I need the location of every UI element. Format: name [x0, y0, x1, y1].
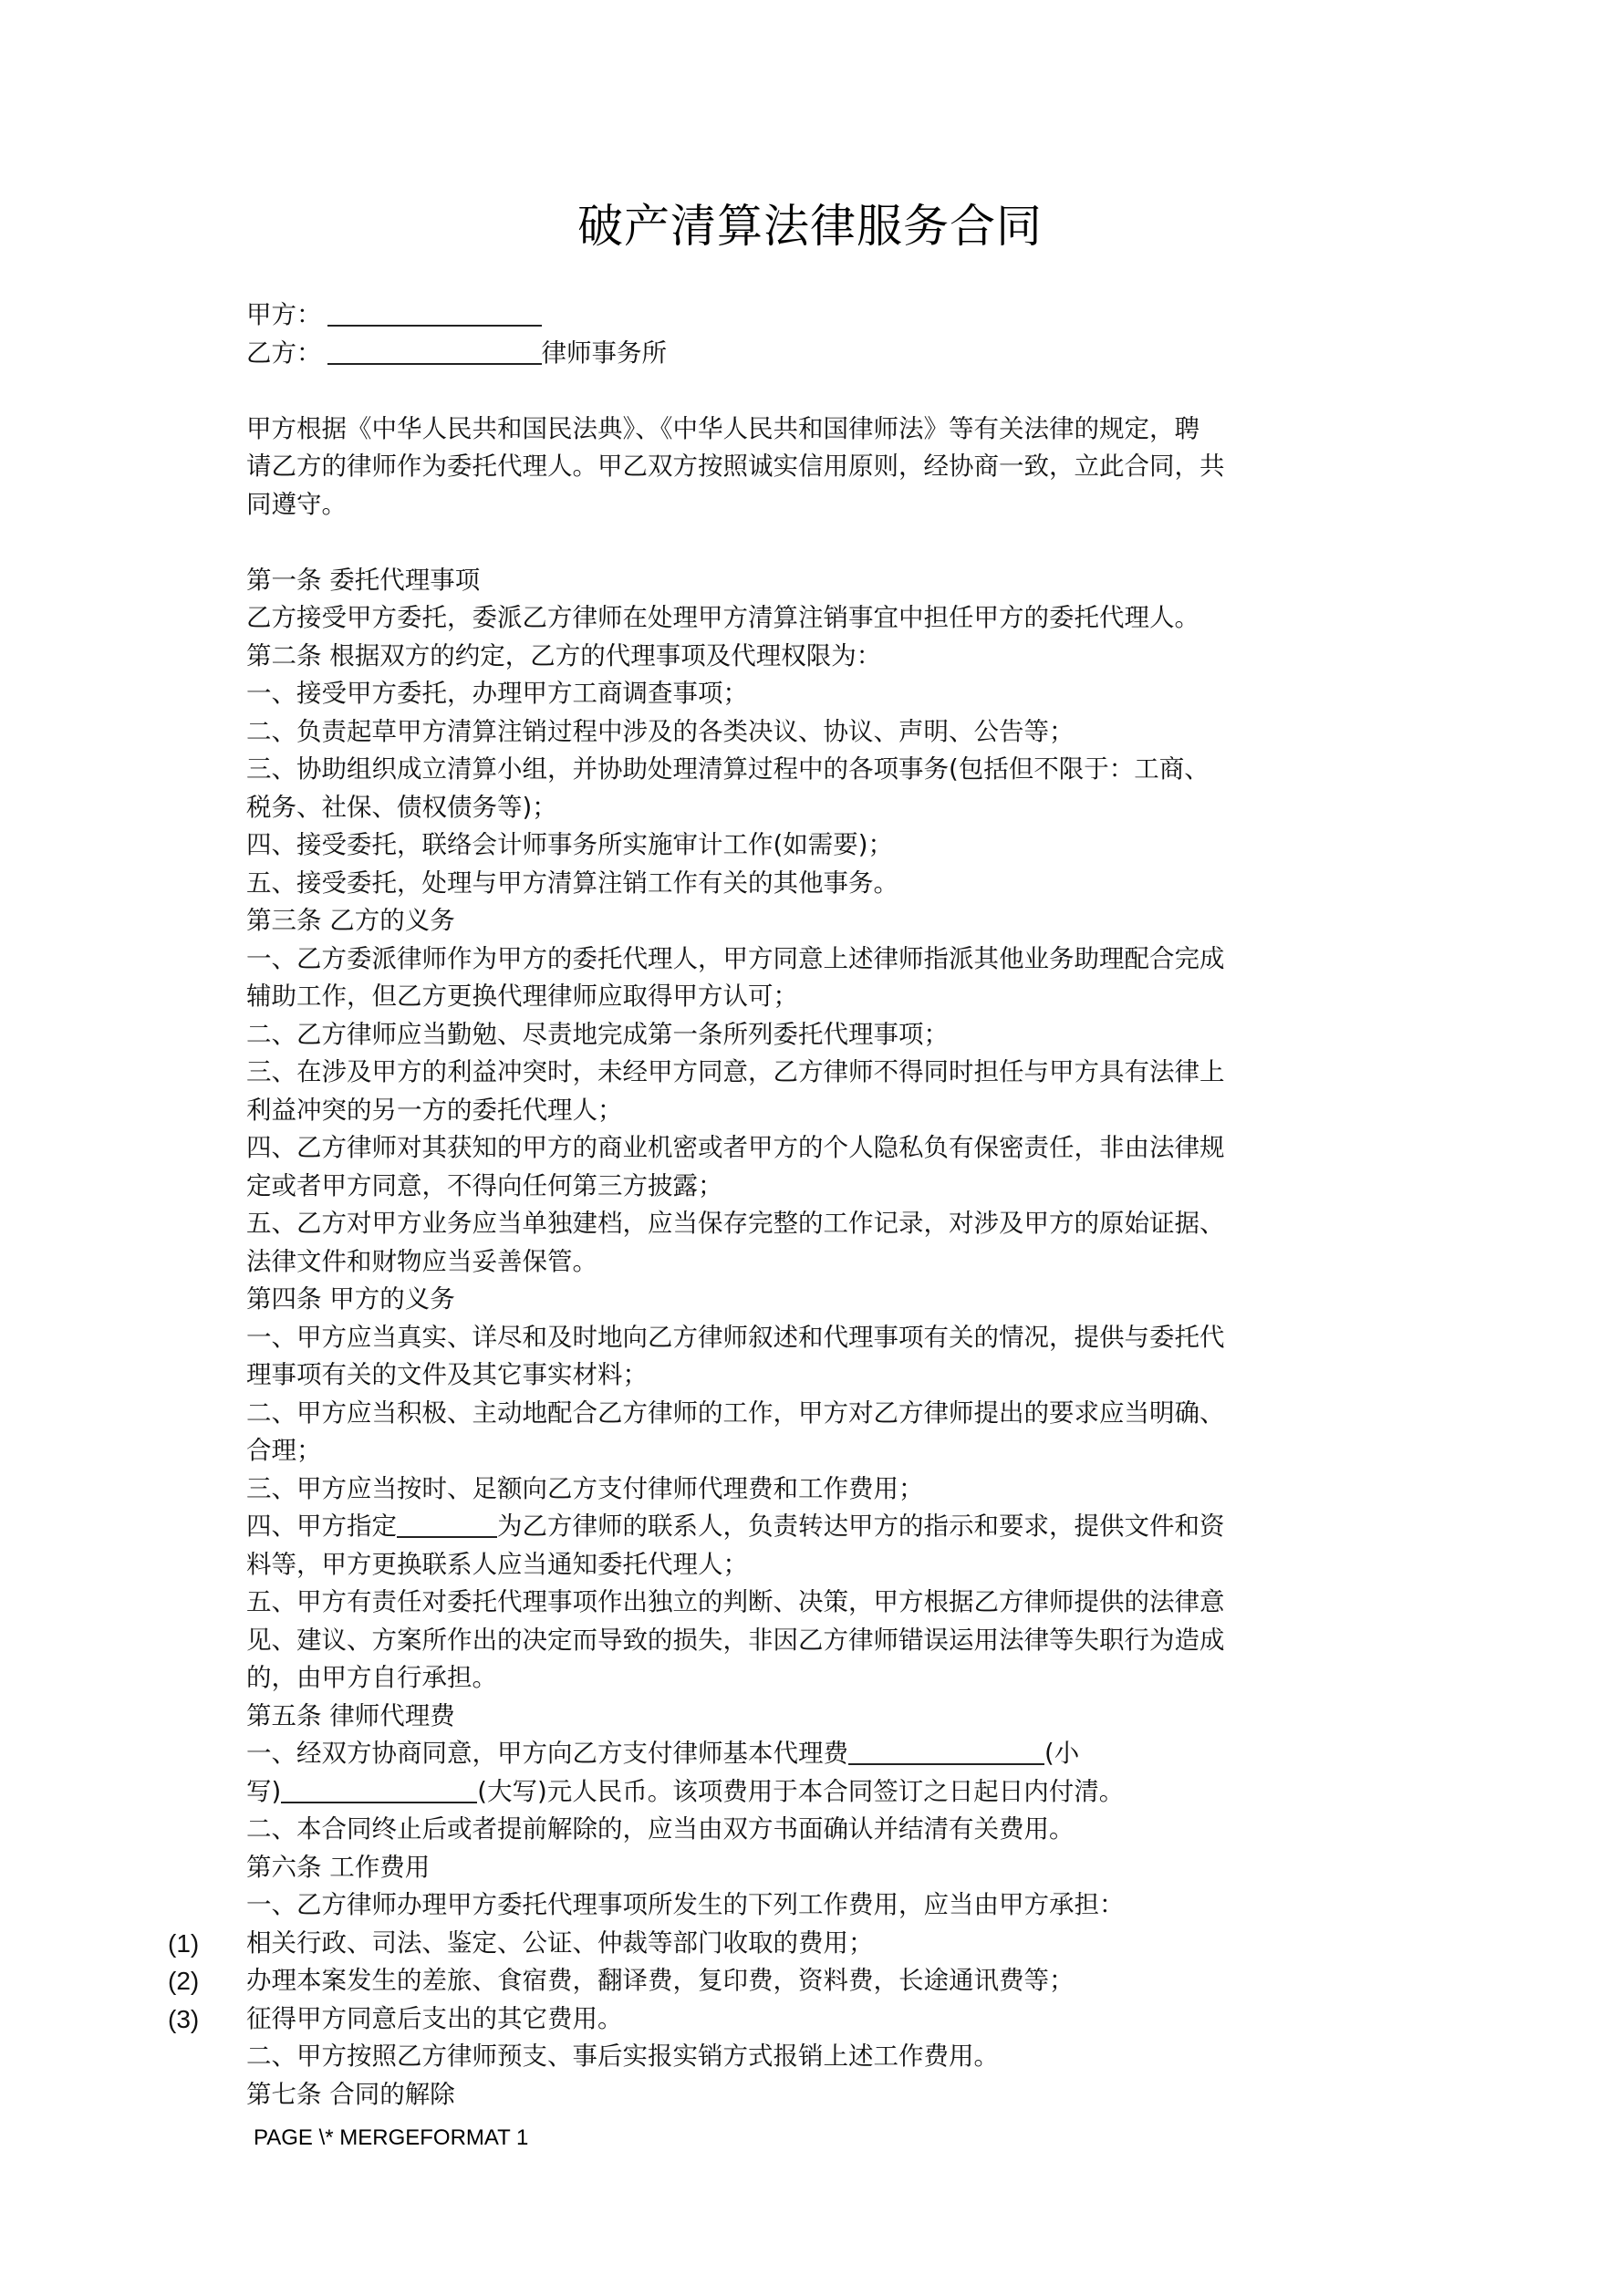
- clause-line: 第七条 合同的解除: [246, 2076, 1377, 2114]
- clause-line: 合理；: [246, 1432, 1377, 1470]
- party-b-line: 乙方：律师事务所: [246, 335, 1377, 373]
- clause-line: 四、乙方律师对其获知的甲方的商业机密或者甲方的个人隐私负有保密责任，非由法律规: [246, 1129, 1377, 1168]
- party-a-blank[interactable]: [327, 299, 542, 327]
- fee-suffix: (大写)元人民币。该项费用于本合同签订之日起日内付清。: [477, 1777, 1124, 1806]
- document-page: 破产清算法律服务合同 甲方： 乙方：律师事务所 甲方根据《中华人民共和国民法典》…: [0, 0, 1620, 2296]
- clause-line: 第一条 委托代理事项: [246, 562, 1377, 600]
- contact-person-blank[interactable]: [397, 1511, 497, 1538]
- page-footer-field: PAGE \* MERGEFORMAT 1: [254, 2125, 528, 2151]
- list-text: 征得甲方同意后支出的其它费用。: [246, 2004, 623, 2033]
- list-text: 办理本案发生的差旅、食宿费，翻译费，复印费，资料费，长途通讯费等；: [246, 1966, 1075, 1995]
- clause-line: 三、在涉及甲方的利益冲突时，未经甲方同意，乙方律师不得同时担任与甲方具有法律上: [246, 1054, 1377, 1092]
- clause-line: 一、乙方委派律师作为甲方的委托代理人，甲方同意上述律师指派其他业务助理配合完成: [246, 940, 1377, 979]
- clause-line: 五、乙方对甲方业务应当单独建档，应当保存完整的工作记录，对涉及甲方的原始证据、: [246, 1205, 1377, 1243]
- list-number: (3): [168, 2000, 199, 2039]
- clause-line: 二、负责起草甲方清算注销过程中涉及的各类决议、协议、声明、公告等；: [246, 713, 1377, 752]
- clause-line: 第二条 根据双方的约定，乙方的代理事项及代理权限为：: [246, 638, 1377, 676]
- party-a-line: 甲方：: [246, 296, 1377, 335]
- clause-line: 五、甲方有责任对委托代理事项作出独立的判断、决策，甲方根据乙方律师提供的法律意: [246, 1584, 1377, 1622]
- clause-line: 一、乙方律师办理甲方委托代理事项所发生的下列工作费用，应当由甲方承担：: [246, 1886, 1377, 1925]
- clause-line: 二、乙方律师应当勤勉、尽责地完成第一条所列委托代理事项；: [246, 1016, 1377, 1054]
- clause-line: 见、建议、方案所作出的决定而导致的损失，非因乙方律师错误运用法律等失职行为造成: [246, 1622, 1377, 1660]
- contact-suffix: 为乙方律师的联系人，负责转达甲方的指示和要求，提供文件和资: [497, 1512, 1225, 1541]
- fee-prefix: 一、经双方协商同意，甲方向乙方支付律师基本代理费: [246, 1739, 848, 1768]
- party-b-suffix: 律师事务所: [542, 338, 668, 368]
- clause-line: 税务、社保、债权债务等)；: [246, 789, 1377, 827]
- clause-line: 第五条 律师代理费: [246, 1698, 1377, 1736]
- clause-line: 辅助工作，但乙方更换代理律师应取得甲方认可；: [246, 978, 1377, 1016]
- clauses-section-d: 二、甲方按照乙方律师预支、事后实报实销方式报销上述工作费用。第七条 合同的解除: [246, 2038, 1377, 2114]
- expense-list-item: (3)征得甲方同意后支出的其它费用。: [246, 2000, 1377, 2039]
- fee-suffix: (小: [1044, 1739, 1079, 1768]
- clause-line: 法律文件和财物应当妥善保管。: [246, 1243, 1377, 1282]
- clause-line: 二、甲方应当积极、主动地配合乙方律师的工作，甲方对乙方律师提出的要求应当明确、: [246, 1395, 1377, 1433]
- clauses-section-b: 料等，甲方更换联系人应当通知委托代理人；五、甲方有责任对委托代理事项作出独立的判…: [246, 1546, 1377, 1736]
- fee-prefix: 写): [246, 1777, 281, 1806]
- party-b-label: 乙方：: [246, 338, 322, 368]
- contact-line: 四、甲方指定为乙方律师的联系人，负责转达甲方的指示和要求，提供文件和资: [246, 1508, 1377, 1546]
- clause-line: 三、甲方应当按时、足额向乙方支付律师代理费和工作费用；: [246, 1470, 1377, 1509]
- clause-line: 利益冲突的另一方的委托代理人；: [246, 1092, 1377, 1130]
- clause-line: 三、协助组织成立清算小组，并协助处理清算过程中的各项事务(包括但不限于：工商、: [246, 751, 1377, 789]
- clause-line: 一、接受甲方委托，办理甲方工商调查事项；: [246, 675, 1377, 713]
- list-text: 相关行政、司法、鉴定、公证、仲裁等部门收取的费用；: [246, 1928, 874, 1958]
- clause-line: 第四条 甲方的义务: [246, 1281, 1377, 1319]
- party-a-label: 甲方：: [246, 300, 322, 329]
- clause-line: 五、接受委托，处理与甲方清算注销工作有关的其他事务。: [246, 865, 1377, 903]
- clause-line: 的，由甲方自行承担。: [246, 1659, 1377, 1698]
- expense-list-item: (1)相关行政、司法、鉴定、公证、仲裁等部门收取的费用；: [246, 1925, 1377, 1963]
- fee-uppercase-blank[interactable]: [281, 1776, 477, 1803]
- expense-list-item: (2)办理本案发生的差旅、食宿费，翻译费，复印费，资料费，长途通讯费等；: [246, 1962, 1377, 2000]
- preamble-line: 甲方根据《中华人民共和国民法典》、《中华人民共和国律师法》等有关法律的规定，聘: [246, 410, 1377, 449]
- clause-line: 二、本合同终止后或者提前解除的，应当由双方书面确认并结清有关费用。: [246, 1811, 1377, 1849]
- clause-line: 定或者甲方同意，不得向任何第三方披露；: [246, 1168, 1377, 1206]
- clause-line: 第六条 工作费用: [246, 1849, 1377, 1887]
- document-title: 破产清算法律服务合同: [0, 199, 1620, 254]
- clause-line: 第三条 乙方的义务: [246, 902, 1377, 940]
- document-body: 甲方： 乙方：律师事务所 甲方根据《中华人民共和国民法典》、《中华人民共和国律师…: [246, 296, 1377, 2114]
- fee-line-2: 写)(大写)元人民币。该项费用于本合同签订之日起日内付清。: [246, 1773, 1377, 1812]
- preamble-line: 同遵守。: [246, 486, 1377, 525]
- clauses-section-c: 二、本合同终止后或者提前解除的，应当由双方书面确认并结清有关费用。第六条 工作费…: [246, 1811, 1377, 1925]
- clause-line: 四、接受委托，联络会计师事务所实施审计工作(如需要)；: [246, 826, 1377, 865]
- fee-lowercase-blank[interactable]: [848, 1738, 1044, 1765]
- expense-list: (1)相关行政、司法、鉴定、公证、仲裁等部门收取的费用；(2)办理本案发生的差旅…: [246, 1925, 1377, 2039]
- clause-line: 乙方接受甲方委托，委派乙方律师在处理甲方清算注销事宜中担任甲方的委托代理人。: [246, 599, 1377, 638]
- fee-line-1: 一、经双方协商同意，甲方向乙方支付律师基本代理费(小: [246, 1735, 1377, 1773]
- contact-prefix: 四、甲方指定: [246, 1512, 397, 1541]
- clause-line: 二、甲方按照乙方律师预支、事后实报实销方式报销上述工作费用。: [246, 2038, 1377, 2076]
- preamble-line: 请乙方的律师作为委托代理人。甲乙双方按照诚实信用原则，经协商一致，立此合同，共: [246, 448, 1377, 486]
- list-number: (2): [168, 1962, 199, 2000]
- clause-line: 理事项有关的文件及其它事实材料；: [246, 1356, 1377, 1395]
- clause-line: 料等，甲方更换联系人应当通知委托代理人；: [246, 1546, 1377, 1584]
- clauses-section-a: 第一条 委托代理事项乙方接受甲方委托，委派乙方律师在处理甲方清算注销事宜中担任甲…: [246, 562, 1377, 1509]
- party-b-blank[interactable]: [327, 338, 542, 365]
- list-number: (1): [168, 1925, 199, 1963]
- clause-line: 一、甲方应当真实、详尽和及时地向乙方律师叙述和代理事项有关的情况，提供与委托代: [246, 1319, 1377, 1357]
